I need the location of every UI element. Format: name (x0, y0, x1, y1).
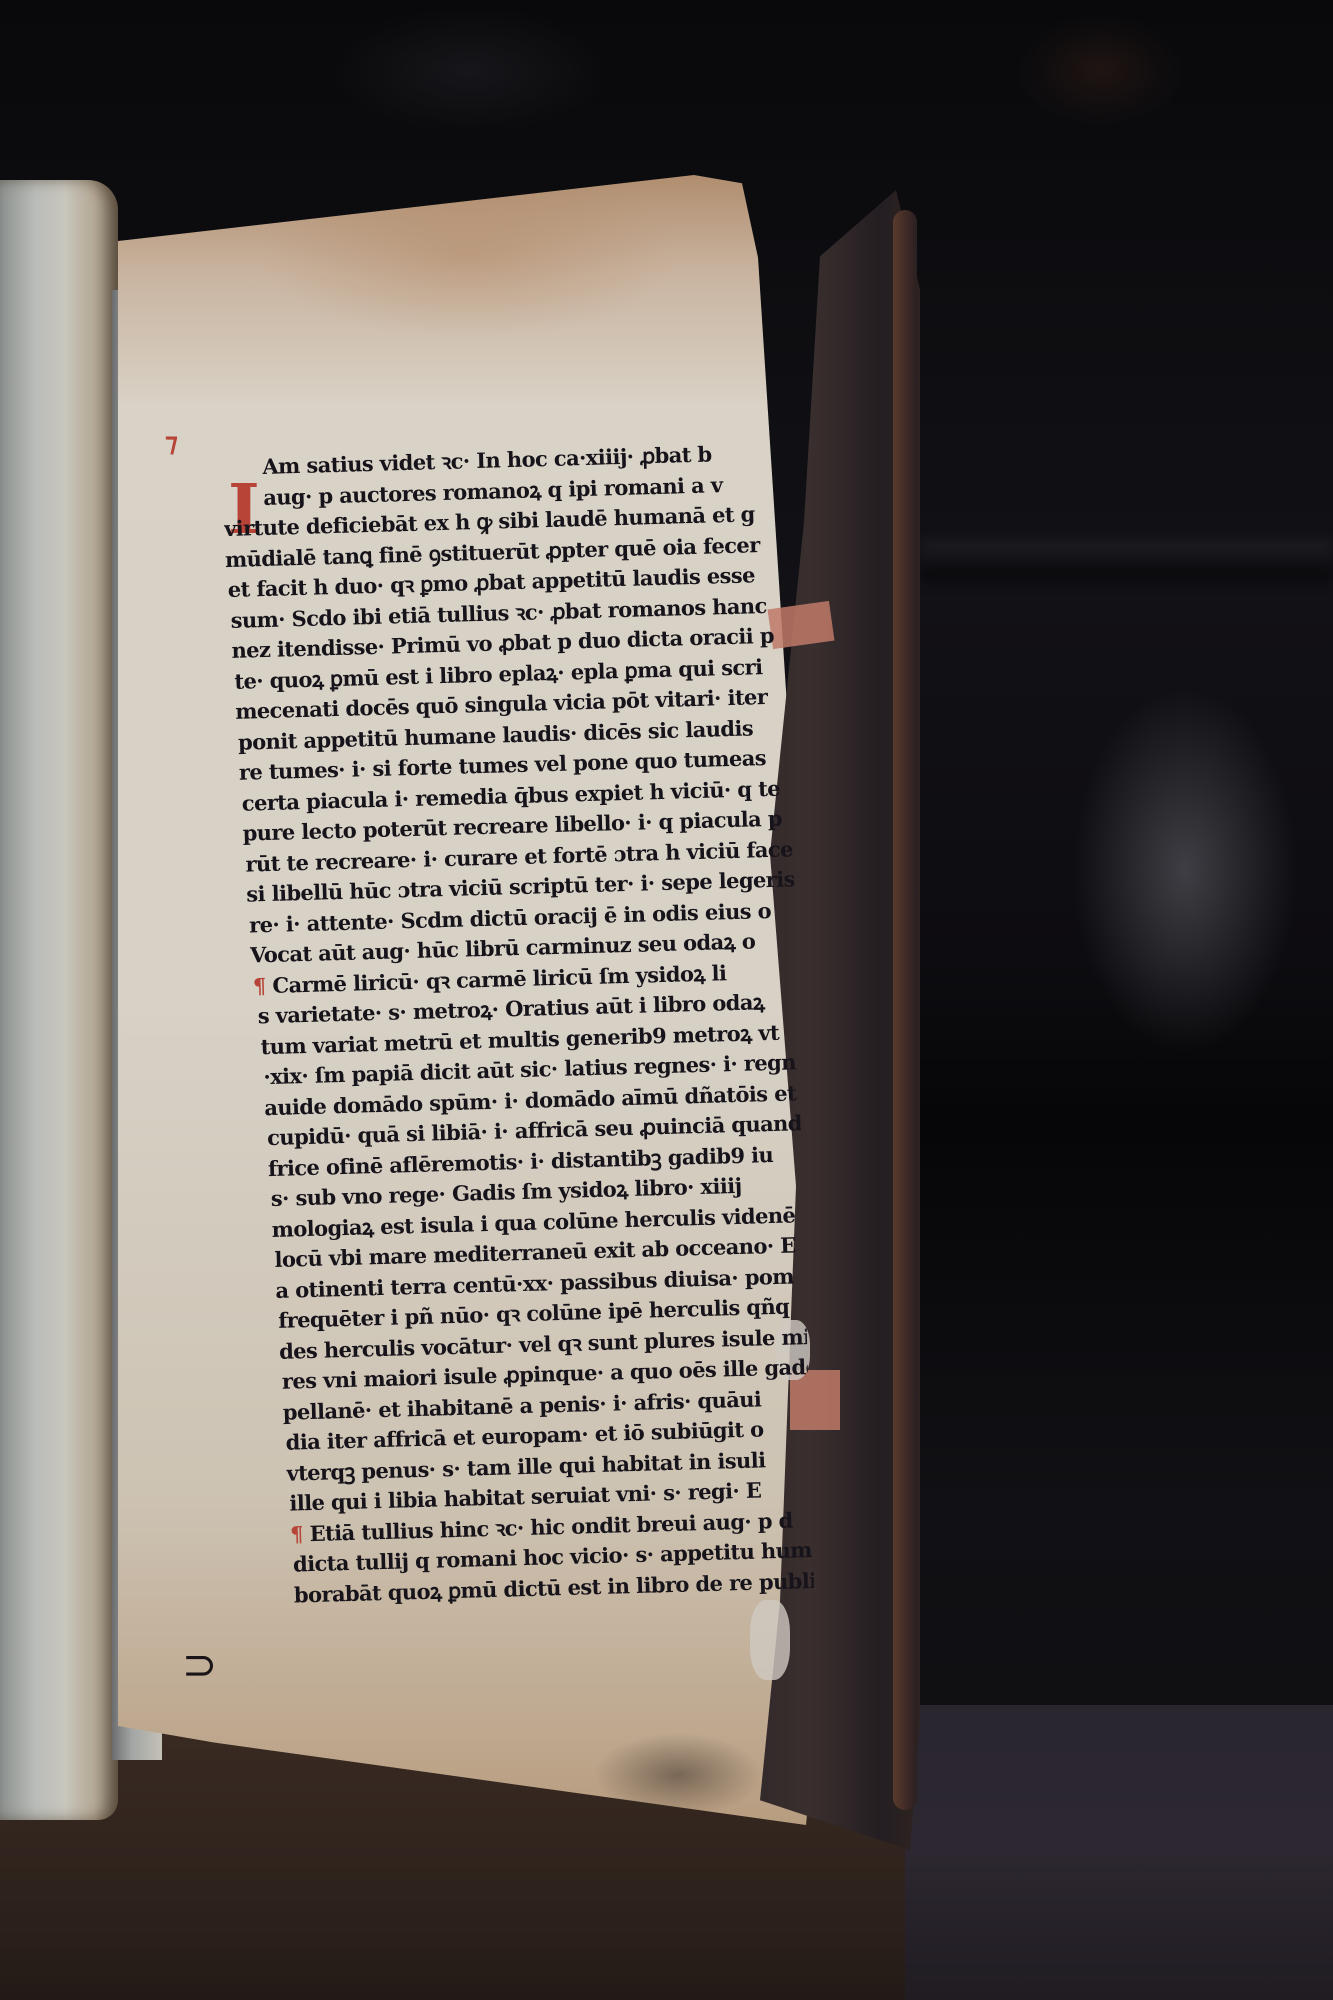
red-pilcrow-icon: ¶ (253, 973, 266, 998)
background-shelf (920, 540, 1333, 580)
shelf-surface-shadow (905, 1705, 1333, 2000)
cover-spine-edge (893, 210, 917, 1810)
ink-margin-mark: ⊃ (182, 1640, 217, 1689)
left-facing-page (0, 180, 118, 1820)
worn-patch (750, 1600, 790, 1680)
red-pilcrow-icon: ¶ (290, 1521, 303, 1546)
red-margin-mark: ⁊ (165, 428, 178, 458)
blackletter-text-block: Am satius videt ꝛc· In hoc ca·xiiij· ꝓba… (262, 437, 814, 1610)
